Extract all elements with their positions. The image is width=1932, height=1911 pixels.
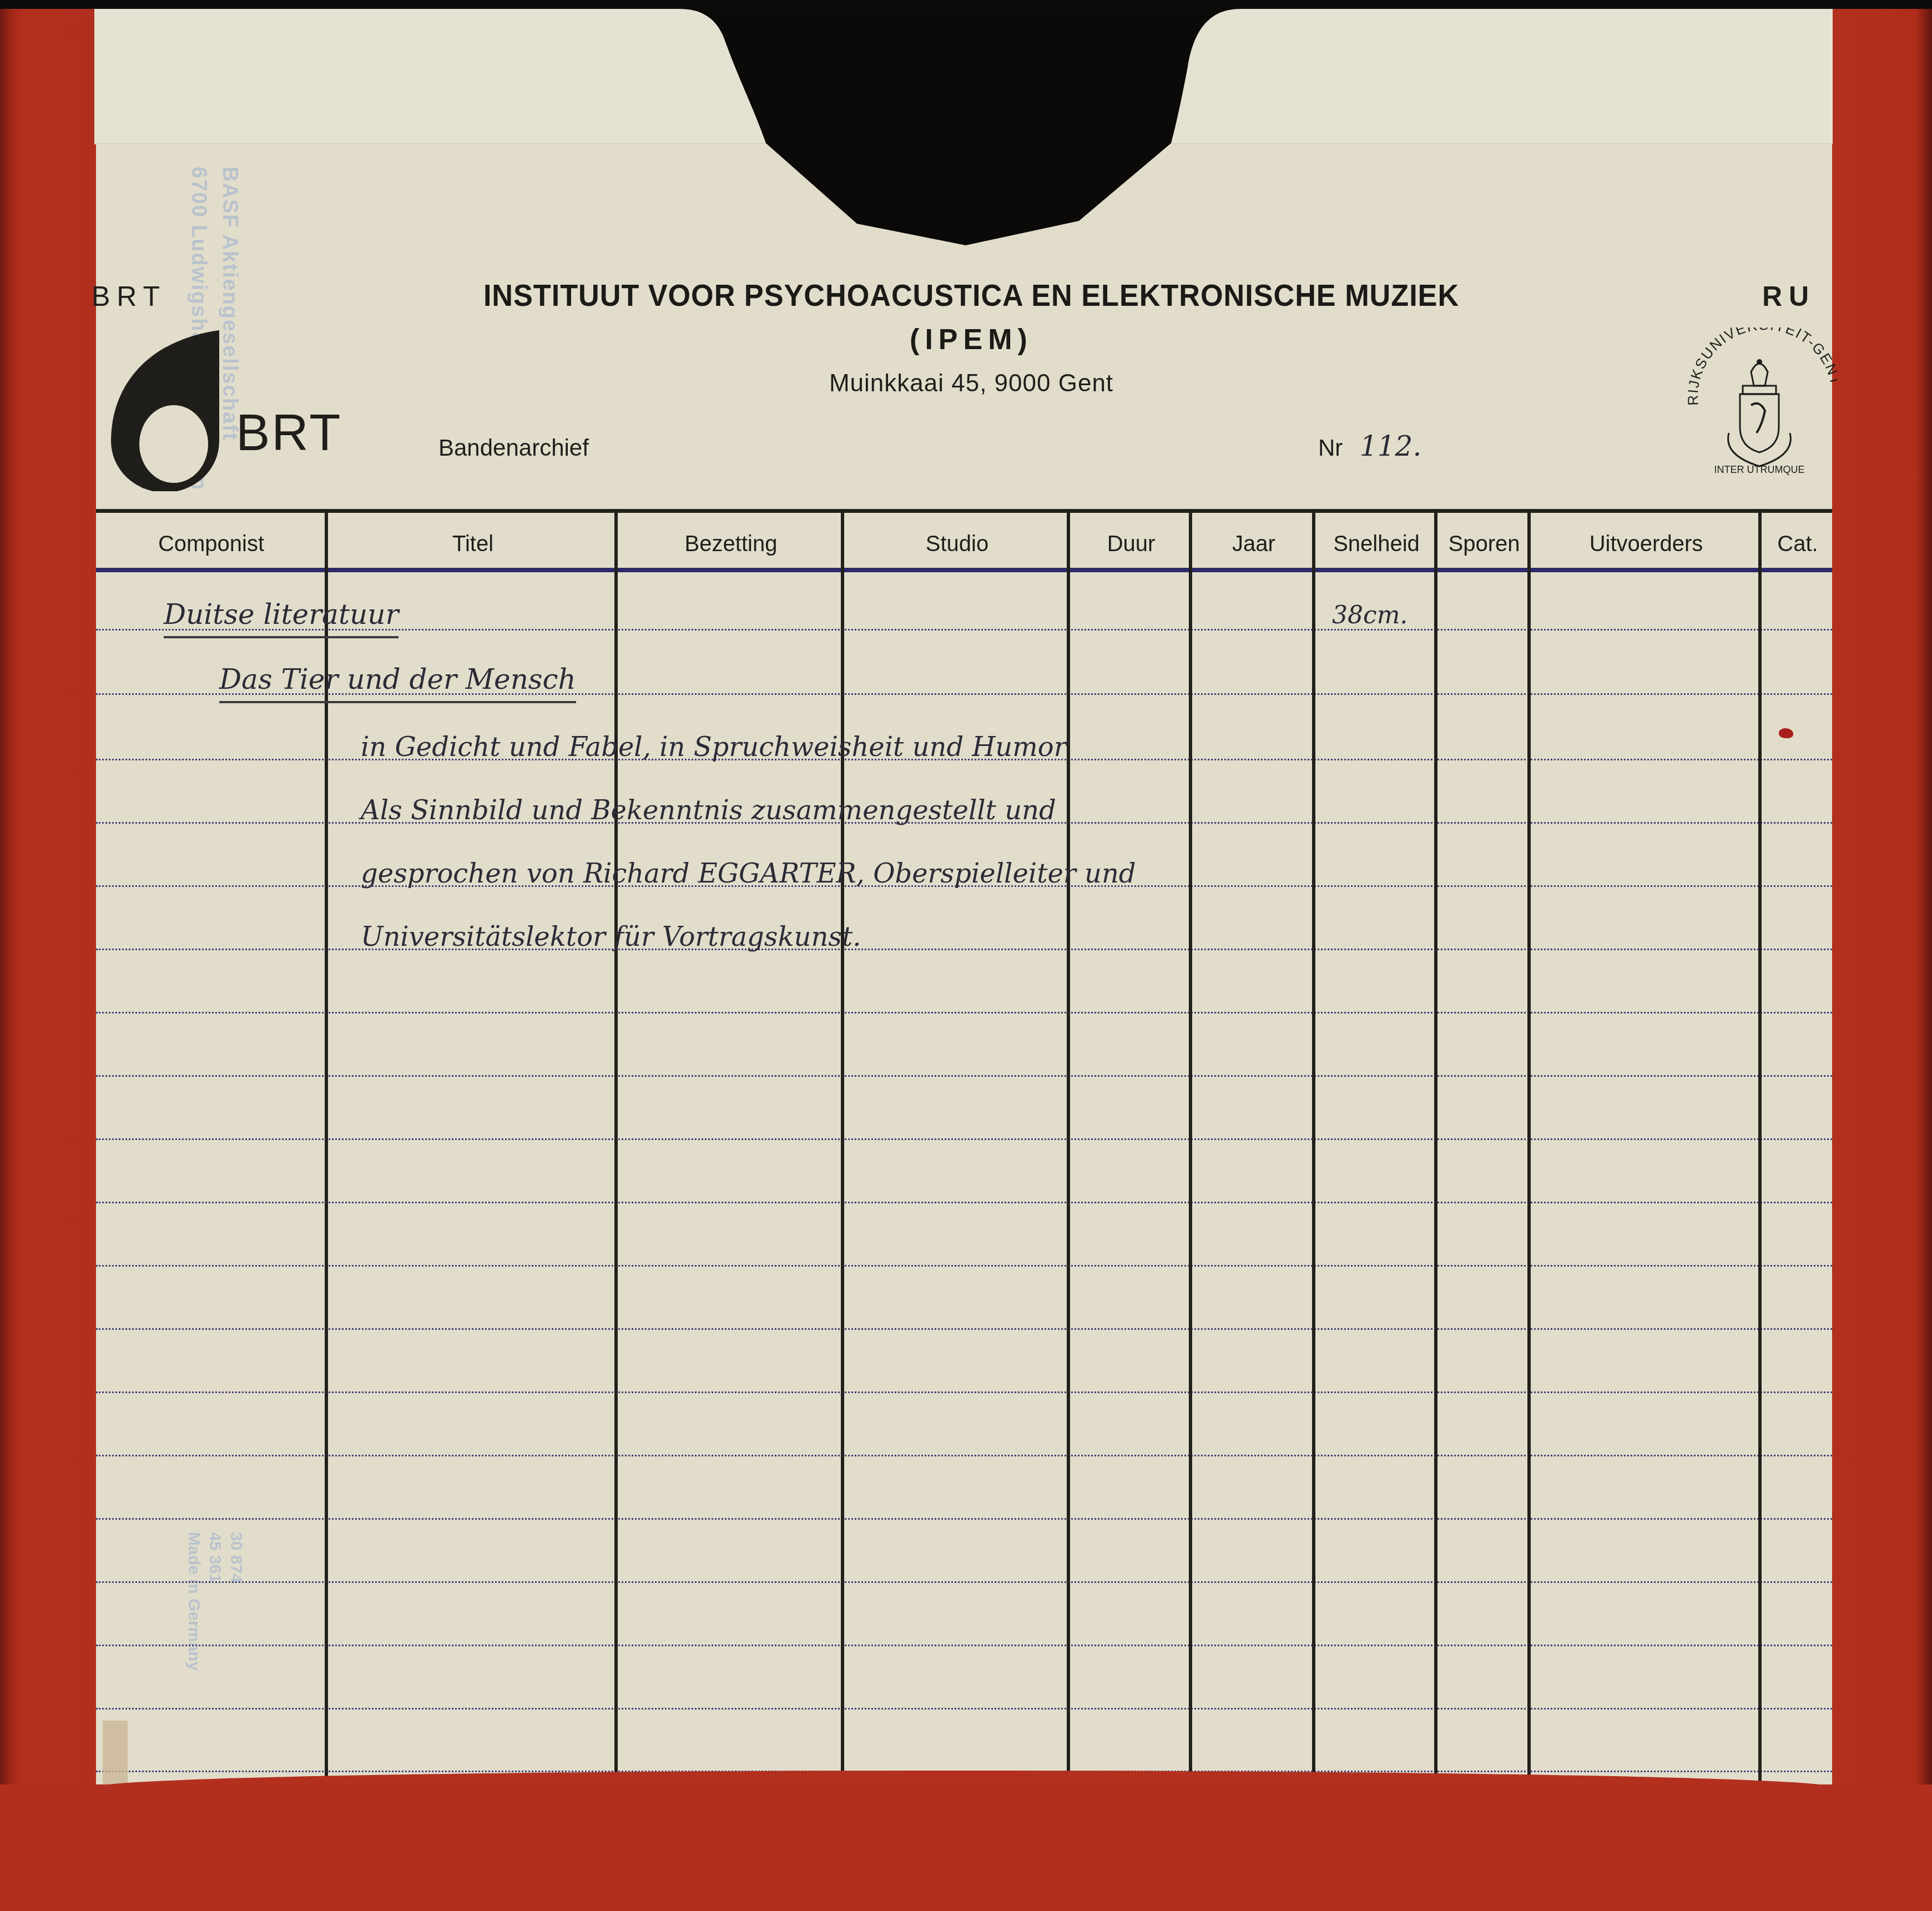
- box-left-edge: [0, 0, 94, 1911]
- ruled-line: [96, 1391, 1832, 1393]
- column-divider: [1434, 513, 1437, 1806]
- column-header-uitvoerders: Uitvoerders: [1532, 532, 1760, 557]
- entry-description-line-1: in Gedicht und Fabel, in Spruchweisheit …: [361, 732, 1067, 763]
- institute-title: INSTITUUT VOOR PSYCHOACUSTICA EN ELEKTRO…: [418, 278, 1525, 313]
- box-right-edge: [1833, 0, 1932, 1911]
- column-header-jaar: Jaar: [1194, 532, 1314, 557]
- number-label: Nr: [1318, 435, 1343, 461]
- column-divider: [1758, 513, 1762, 1806]
- table-top-rule: [96, 509, 1832, 513]
- ruled-line: [96, 1138, 1832, 1140]
- entry-description-line-4: Universitätslektor für Vortragskunst.: [361, 921, 861, 952]
- ruled-line: [96, 1328, 1832, 1330]
- column-header-titel: Titel: [330, 532, 616, 557]
- entry-description-line-3: gesprochen von Richard EGGARTER, Oberspi…: [361, 858, 1136, 889]
- column-divider: [1527, 513, 1531, 1806]
- brt-logo-text: BRT: [236, 404, 342, 462]
- product-imprint: 30 874 45 361 Made in Germany: [183, 1532, 246, 1671]
- ruled-line: [96, 1518, 1832, 1520]
- column-header-bezetting: Bezetting: [619, 532, 843, 557]
- made-in-label: Made in Germany: [185, 1532, 203, 1671]
- entry-description-line-2: Als Sinnbild und Bekenntnis zusammengest…: [361, 795, 1056, 826]
- ruled-line: [96, 949, 1832, 950]
- column-header-sporen: Sporen: [1439, 532, 1529, 557]
- ruled-line: [96, 1645, 1832, 1646]
- product-code-1: 30 874: [227, 1532, 245, 1583]
- column-divider: [325, 513, 328, 1806]
- finger-cutout: [0, 0, 1932, 255]
- ruled-line: [96, 1012, 1832, 1014]
- ruled-line: [96, 1265, 1832, 1267]
- entry-category: Duitse literatuur: [164, 598, 398, 638]
- box-top-edge: [0, 0, 1932, 9]
- column-divider: [1067, 513, 1070, 1806]
- product-code-2: 45 361: [206, 1532, 224, 1583]
- brt-label-left: BRT: [92, 280, 167, 312]
- column-divider: [1312, 513, 1315, 1806]
- red-ink-mark: [1779, 728, 1793, 738]
- ruled-line: [96, 1202, 1832, 1203]
- table-header-rule: [96, 568, 1832, 572]
- entry-title: Das Tier und der Mensch: [219, 663, 576, 703]
- ruled-line: [96, 1708, 1832, 1710]
- column-header-componist: Componist: [96, 532, 326, 557]
- entry-speed: 38cm.: [1332, 601, 1408, 629]
- svg-text:INTER UTRUMQUE: INTER UTRUMQUE: [1714, 464, 1805, 475]
- column-header-cat: Cat.: [1763, 532, 1832, 557]
- column-divider: [841, 513, 844, 1806]
- ru-label-right: RU: [1762, 280, 1815, 312]
- column-divider: [1189, 513, 1192, 1806]
- institute-address: Muinkkaai 45, 9000 Gent: [389, 370, 1554, 397]
- university-seal-icon: RIJKSUNIVERSITEIT-GENT INTER UTRUMQUE: [1682, 327, 1837, 477]
- box-bottom-flap: [0, 1784, 1932, 1911]
- column-divider: [614, 513, 618, 1806]
- column-header-snelheid: Snelheid: [1317, 532, 1436, 557]
- brt-logo-icon: [108, 330, 225, 491]
- number-value: 112.: [1360, 430, 1421, 462]
- column-header-studio: Studio: [846, 532, 1068, 557]
- institute-abbreviation: (IPEM): [389, 323, 1554, 356]
- ruled-line: [96, 1581, 1832, 1583]
- column-header-duur: Duur: [1072, 532, 1191, 557]
- ruled-line: [96, 1455, 1832, 1456]
- ruled-line: [96, 1075, 1832, 1077]
- archive-label: Bandenarchief: [438, 435, 589, 461]
